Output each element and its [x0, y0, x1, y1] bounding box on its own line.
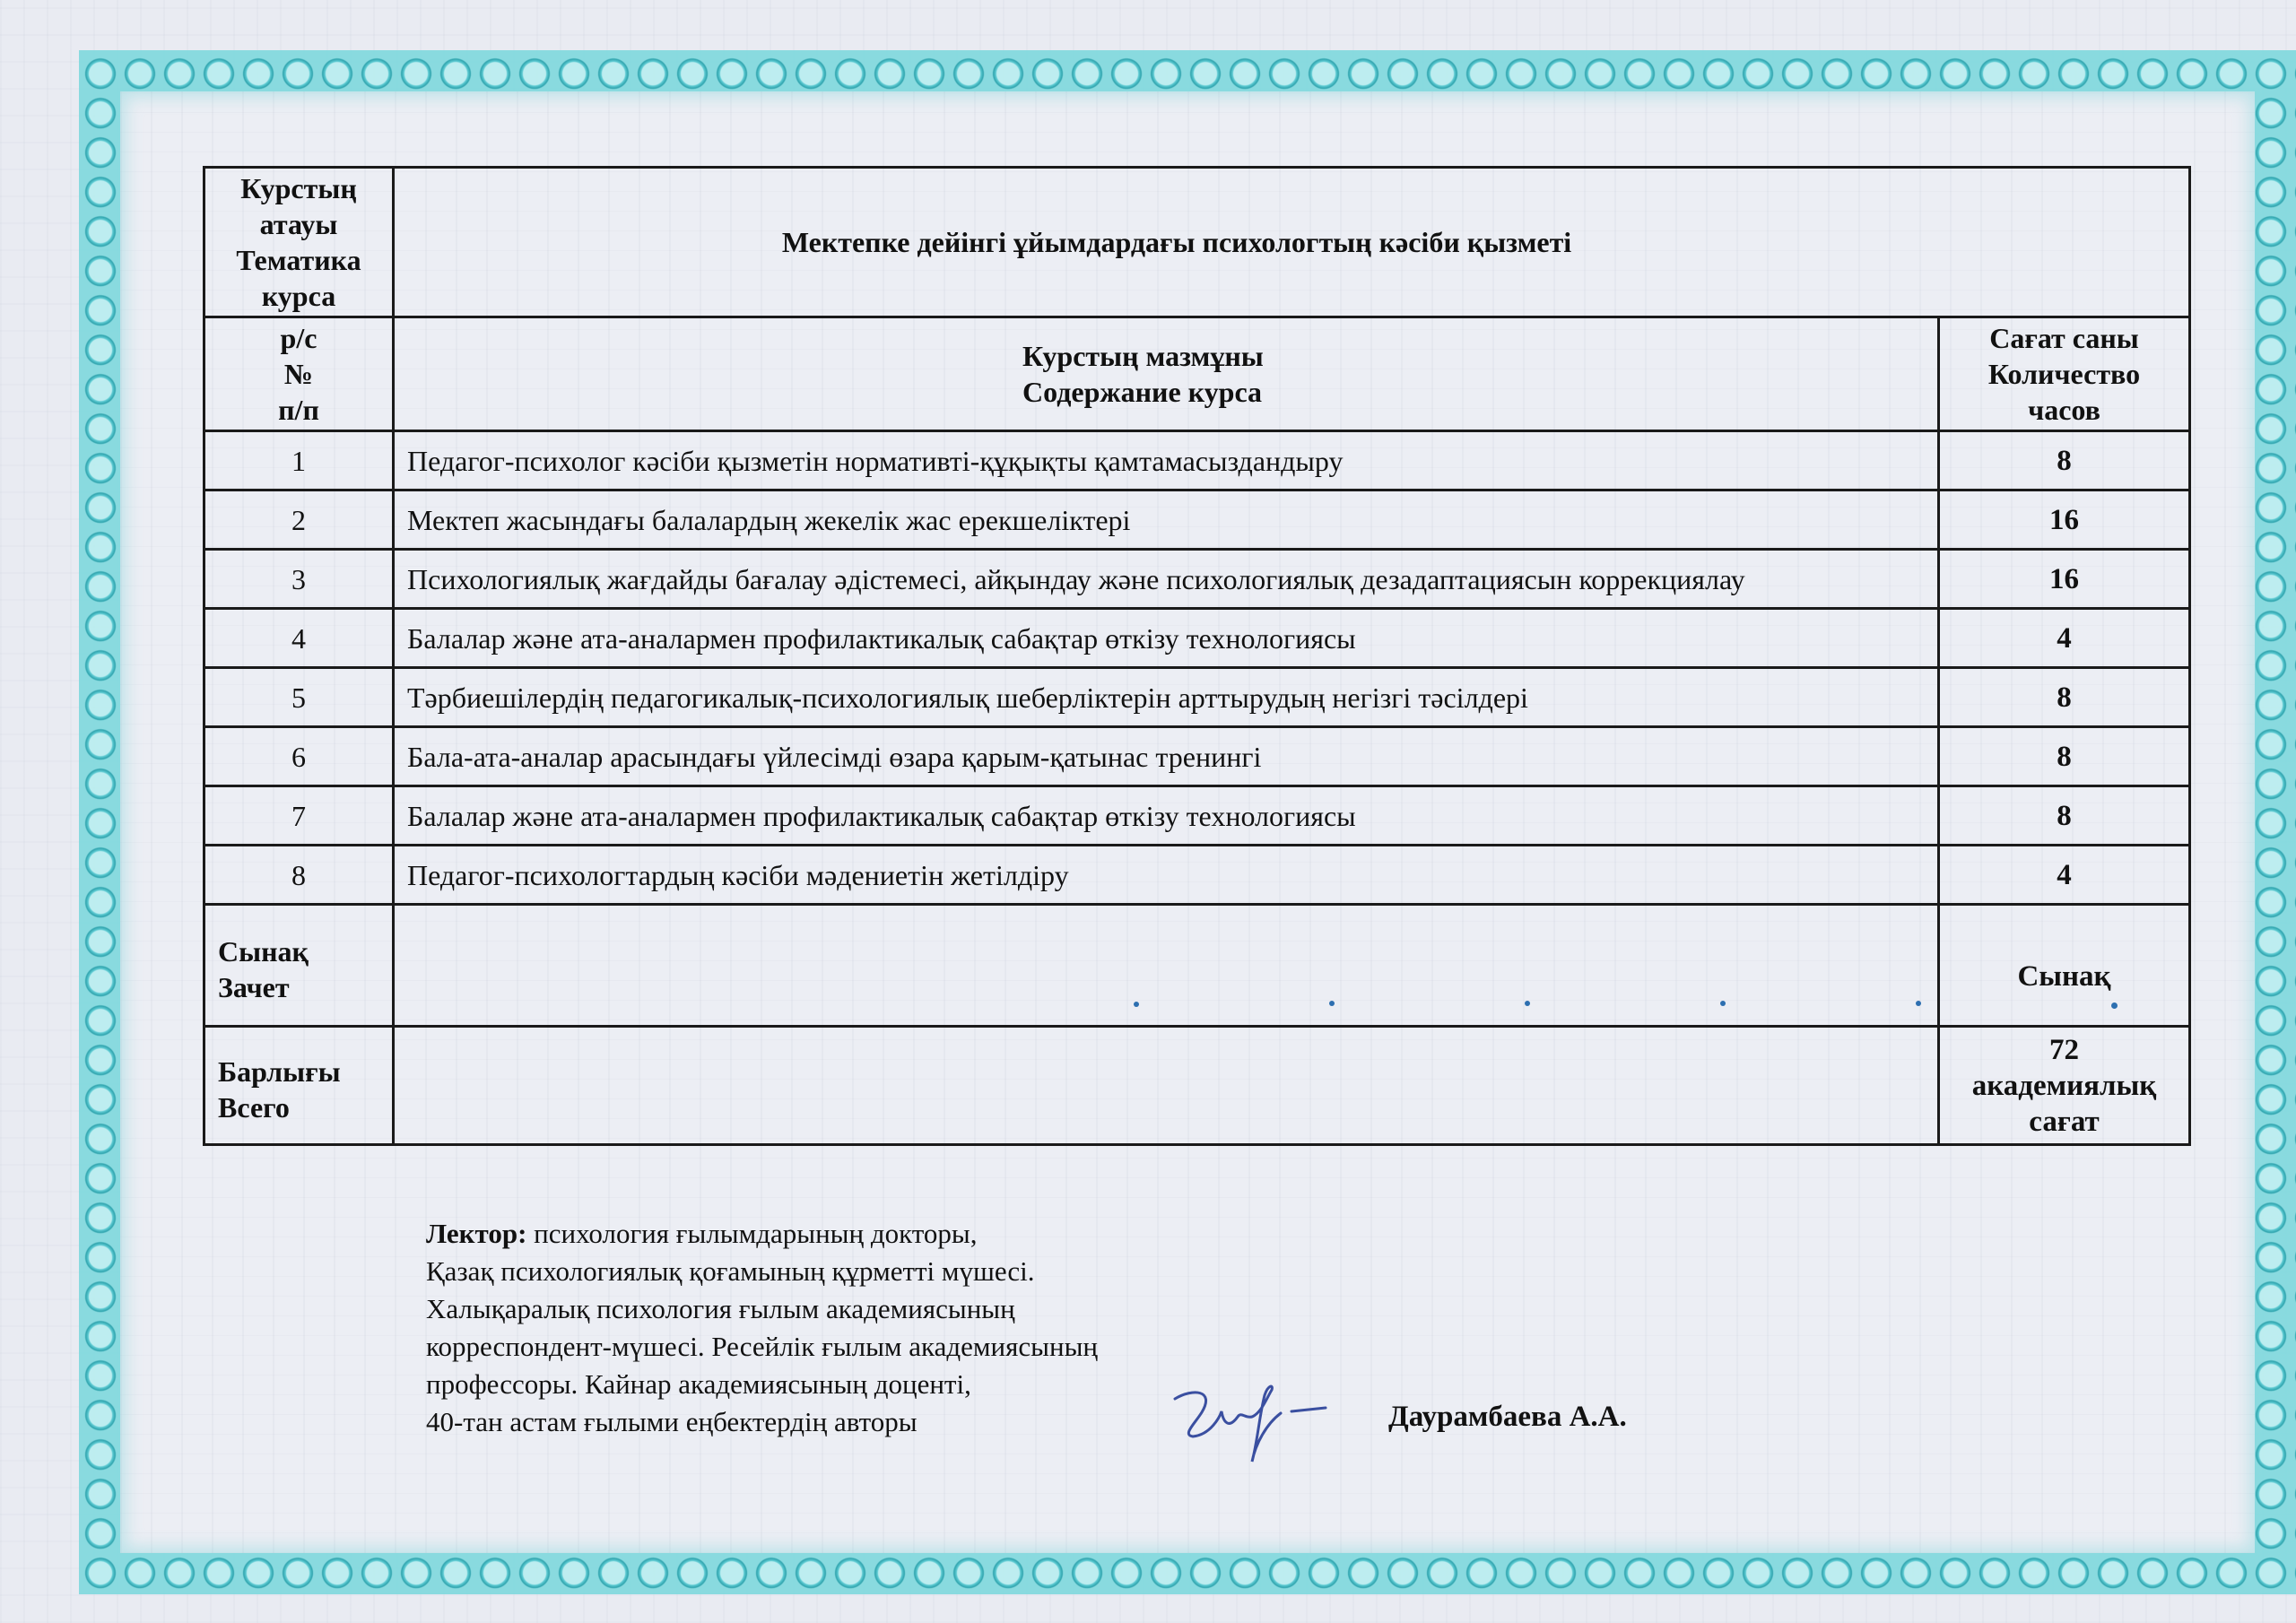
row-hours: 4	[1939, 846, 2190, 905]
ink-speck	[2111, 1002, 2118, 1009]
lecturer-line-2: Қазақ психологиялық қоғамының құрметті м…	[426, 1253, 1098, 1290]
course-title: Мектепке дейінгі ұйымдардағы психологтың…	[394, 168, 2190, 317]
row-hours: 16	[1939, 490, 2190, 550]
ink-speck	[1134, 1002, 1139, 1007]
table-row: 6Бала-ата-аналар арасындағы үйлесімді өз…	[204, 727, 2190, 786]
row-hours: 8	[1939, 786, 2190, 846]
column-header-content: Курстың мазмұны Содержание курса	[394, 317, 1939, 431]
row-number: 7	[204, 786, 394, 846]
row-topic: Мектеп жасындағы балалардың жекелік жас …	[394, 490, 1939, 550]
table-row: 2Мектеп жасындағы балалардың жекелік жас…	[204, 490, 2190, 550]
lecturer-label: Лектор:	[426, 1218, 526, 1249]
row-number: 2	[204, 490, 394, 550]
row-topic: Психологиялық жағдайды бағалау әдістемес…	[394, 550, 1939, 609]
table-row: 7Балалар және ата-аналармен профилактика…	[204, 786, 2190, 846]
row-hours: 8	[1939, 727, 2190, 786]
lecturer-line-3: Халықаралық психология ғылым академиясын…	[426, 1290, 1098, 1328]
row-topic: Педагог-психолог кәсіби қызметін нормати…	[394, 431, 1939, 490]
row-number: 4	[204, 609, 394, 668]
certificate-sheet: Курстың атауы Тематика курса Мектепке де…	[0, 0, 2296, 1623]
row-topic: Балалар және ата-аналармен профилактикал…	[394, 609, 1939, 668]
row-topic: Тәрбиешілердің педагогикалық-психологиял…	[394, 668, 1939, 727]
row-number: 6	[204, 727, 394, 786]
column-header-hours: Сағат саны Количество часов	[1939, 317, 2190, 431]
ink-speck	[1720, 1001, 1726, 1006]
row-topic: Педагог-психологтардың кәсіби мәдениетін…	[394, 846, 1939, 905]
exam-empty	[394, 905, 1939, 1027]
signature-stroke	[1175, 1386, 1326, 1462]
ink-speck	[1916, 1001, 1921, 1006]
total-row: Барлығы Всего 72 академиялық сағат	[204, 1027, 2190, 1145]
row-hours: 8	[1939, 431, 2190, 490]
row-number: 3	[204, 550, 394, 609]
lecturer-line-4: корреспондент-мүшесі. Ресейлік ғылым ака…	[426, 1328, 1098, 1366]
row-hours: 4	[1939, 609, 2190, 668]
total-empty	[394, 1027, 1939, 1145]
table-row: 5Тәрбиешілердің педагогикалық-психология…	[204, 668, 2190, 727]
lecturer-line-5: профессоры. Кайнар академиясының доценті…	[426, 1366, 1098, 1403]
ink-speck	[1525, 1001, 1530, 1006]
row-number: 8	[204, 846, 394, 905]
course-table: Курстың атауы Тематика курса Мектепке де…	[203, 166, 2191, 1146]
total-value: 72 академиялық сағат	[1939, 1027, 2190, 1145]
table-row: 4Балалар және ата-аналармен профилактика…	[204, 609, 2190, 668]
exam-row: Сынақ Зачет Сынақ	[204, 905, 2190, 1027]
row-topic: Бала-ата-аналар арасындағы үйлесімді өза…	[394, 727, 1939, 786]
course-title-row: Курстың атауы Тематика курса Мектепке де…	[204, 168, 2190, 317]
ink-speck	[1329, 1001, 1335, 1006]
column-header-number: р/с № п/п	[204, 317, 394, 431]
row-hours: 8	[1939, 668, 2190, 727]
total-label: Барлығы Всего	[204, 1027, 394, 1145]
column-header-row: р/с № п/п Курстың мазмұны Содержание кур…	[204, 317, 2190, 431]
signature-icon	[1166, 1372, 1372, 1471]
row-number: 5	[204, 668, 394, 727]
course-name-label: Курстың атауы Тематика курса	[204, 168, 394, 317]
exam-label: Сынақ Зачет	[204, 905, 394, 1027]
lecturer-line-6: 40-тан астам ғылыми еңбектердің авторы	[426, 1403, 1098, 1441]
exam-value: Сынақ	[1939, 905, 2190, 1027]
signer-name: Даурамбаева А.А.	[1388, 1401, 1627, 1434]
course-rows: 1Педагог-психолог кәсіби қызметін нормат…	[204, 431, 2190, 905]
row-hours: 16	[1939, 550, 2190, 609]
table-row: 1Педагог-психолог кәсіби қызметін нормат…	[204, 431, 2190, 490]
table-row: 8Педагог-психологтардың кәсіби мәдениеті…	[204, 846, 2190, 905]
table-row: 3Психологиялық жағдайды бағалау әдістеме…	[204, 550, 2190, 609]
lecturer-line-1: Лектор: психология ғылымдарының докторы,	[426, 1215, 1098, 1253]
lecturer-info: Лектор: психология ғылымдарының докторы,…	[426, 1215, 1098, 1441]
row-topic: Балалар және ата-аналармен профилактикал…	[394, 786, 1939, 846]
row-number: 1	[204, 431, 394, 490]
